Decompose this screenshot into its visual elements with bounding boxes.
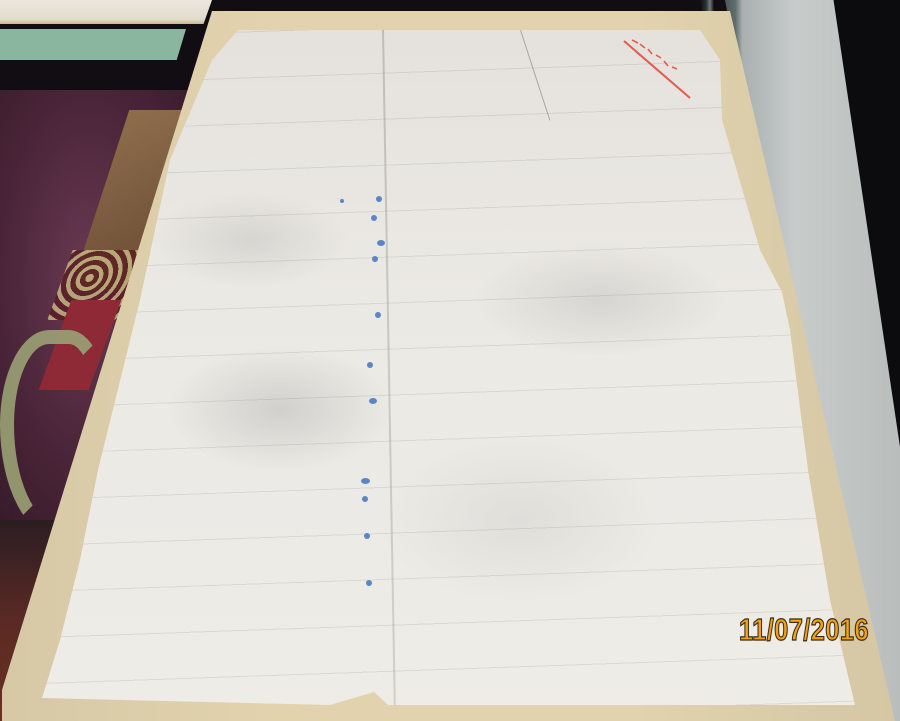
ink-dot — [364, 533, 370, 539]
ink-dot — [376, 196, 382, 202]
ink-dot — [371, 215, 377, 221]
red-annotation — [622, 36, 702, 106]
ink-dot — [361, 478, 370, 484]
photo-scene: 11/07/2016 — [0, 0, 900, 721]
green-board — [0, 29, 186, 60]
stacked-paper — [0, 0, 212, 24]
ink-dot — [375, 312, 381, 318]
ink-dot — [366, 580, 372, 586]
ink-dot — [372, 256, 378, 262]
ink-dot — [377, 240, 385, 246]
ink-dot — [369, 398, 377, 404]
ink-dot — [340, 199, 344, 203]
ink-dot — [362, 496, 368, 502]
ink-dot — [367, 362, 373, 368]
date-stamp: 11/07/2016 — [739, 612, 869, 648]
